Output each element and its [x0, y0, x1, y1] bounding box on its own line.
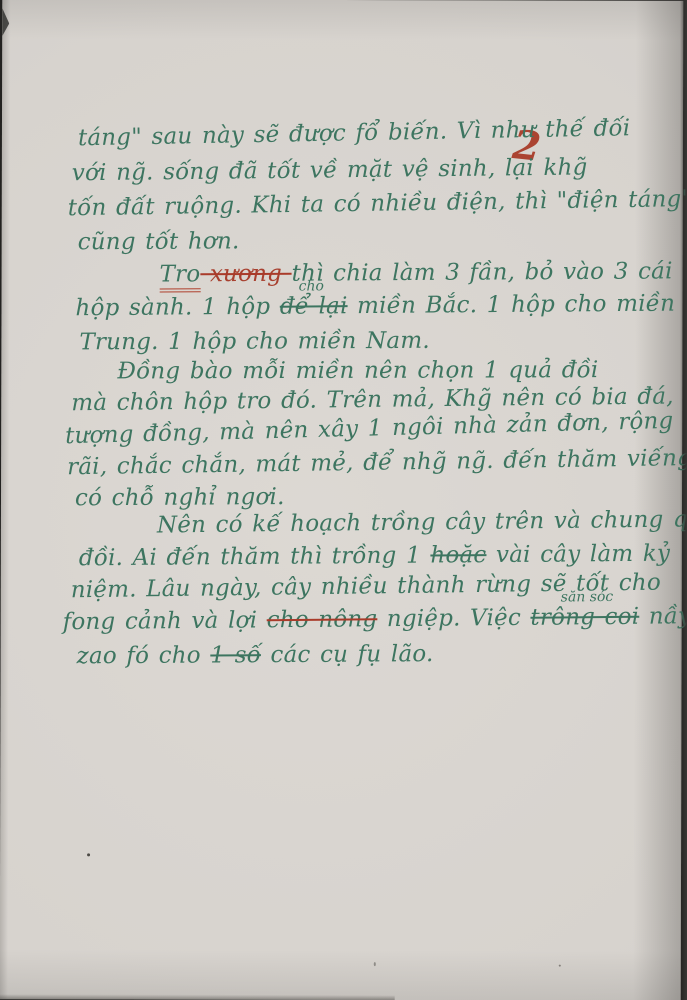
corrected-word-group: chođể lại	[280, 293, 348, 320]
handwriting-text: fong cảnh và lợi	[63, 607, 267, 635]
struck-word: xương	[200, 261, 291, 288]
handwriting-line-3: tốn đất ruộng. Khi ta có nhiều điện, thì…	[68, 186, 687, 221]
inserted-word: cho	[299, 278, 324, 294]
red-underlined-word: Tro	[160, 261, 201, 292]
handwriting-text: tốn đất ruộng. Khi ta có nhiều điện, thì…	[68, 186, 687, 221]
struck-word: 1 số	[210, 642, 261, 668]
handwriting-line-7: Trung. 1 hộp cho miền Nam.	[79, 328, 430, 356]
handwriting-line-17: zao fó cho 1 số các cụ fụ lão.	[77, 641, 434, 669]
handwriting-text: các cụ fụ lão.	[261, 641, 434, 668]
handwriting-line-8: Đồng bào mỗi miền nên chọn 1 quả đồi	[117, 357, 598, 384]
handwriting-text: táng" sau này sẽ được fổ biến. Vì như th…	[78, 115, 631, 151]
struck-word-red: cho nông	[267, 606, 378, 633]
manuscript-page: 2 táng" sau này sẽ được fổ biến. Vì như …	[0, 0, 683, 1000]
handwriting-text: rãi, chắc chắn, mát mẻ, để nhg̃ ng̃. đến…	[67, 445, 687, 480]
struck-word: để lại	[280, 293, 348, 320]
struck-word: trông coi	[530, 604, 639, 631]
handwriting-text: Đồng bào mỗi miền nên chọn 1 quả đồi	[117, 357, 598, 384]
paper-speck	[559, 965, 561, 967]
paper-speck	[374, 962, 376, 966]
paper-speck	[87, 853, 90, 856]
handwriting-line-6: hộp sành. 1 hộp chođể lại miền Bắc. 1 hộ…	[75, 291, 675, 322]
handwriting-text: vài cây làm kỷ	[486, 541, 670, 568]
handwriting-text: miền Bắc. 1 hộp cho miền	[347, 291, 675, 320]
handwriting-text: với ng̃. sống đã tốt về mặt vệ sinh, lại…	[72, 154, 588, 186]
handwriting-line-16: fong cảnh và lợi cho nông ngiệp. Việc să…	[63, 603, 687, 635]
corrected-word-group: săn sóctrông coi	[530, 604, 639, 631]
handwriting-text: cũng tốt hơn.	[78, 228, 240, 255]
handwriting-text: có chỗ nghỉ ngơi.	[75, 484, 285, 511]
inserted-word: săn sóc	[561, 589, 614, 606]
handwriting-line-13: Nên có kế hoạch trồng cây trên và chung …	[157, 506, 687, 539]
handwriting-line-2: với ng̃. sống đã tốt về mặt vệ sinh, lại…	[72, 154, 588, 186]
handwriting-text: Trung. 1 hộp cho miền Nam.	[79, 328, 430, 356]
paper-corner-nick	[2, 8, 9, 36]
handwriting-text: hộp sành. 1 hộp	[75, 294, 279, 322]
paper-right-edge-shadow	[680, 0, 687, 1000]
handwriting-line-14: đồi. Ai đến thăm thì trồng 1 hoặc vài câ…	[79, 541, 671, 572]
handwriting-line-12: có chỗ nghỉ ngơi.	[75, 484, 285, 511]
handwriting-line-5: Tro xương thì chia làm 3 fần, bỏ vào 3 c…	[160, 258, 673, 287]
handwriting-text: thì chia làm 3 fần, bỏ vào 3 cái	[292, 258, 673, 286]
paper-bottom-shadow	[0, 994, 395, 1000]
handwriting-line-11: rãi, chắc chắn, mát mẻ, để nhg̃ ng̃. đến…	[67, 445, 687, 480]
handwriting-text: Nên có kế hoạch trồng cây trên và chung …	[157, 506, 687, 539]
struck-word: hoặc	[430, 542, 486, 568]
manuscript-photo: 2 táng" sau này sẽ được fổ biến. Vì như …	[0, 0, 687, 1000]
handwriting-text: ngiệp. Việc	[377, 605, 530, 632]
handwriting-line-1: táng" sau này sẽ được fổ biến. Vì như th…	[78, 115, 631, 151]
handwriting-text: zao fó cho	[77, 642, 211, 669]
handwriting-line-4: cũng tốt hơn.	[78, 228, 240, 255]
handwriting-text: đồi. Ai đến thăm thì trồng 1	[79, 543, 431, 572]
